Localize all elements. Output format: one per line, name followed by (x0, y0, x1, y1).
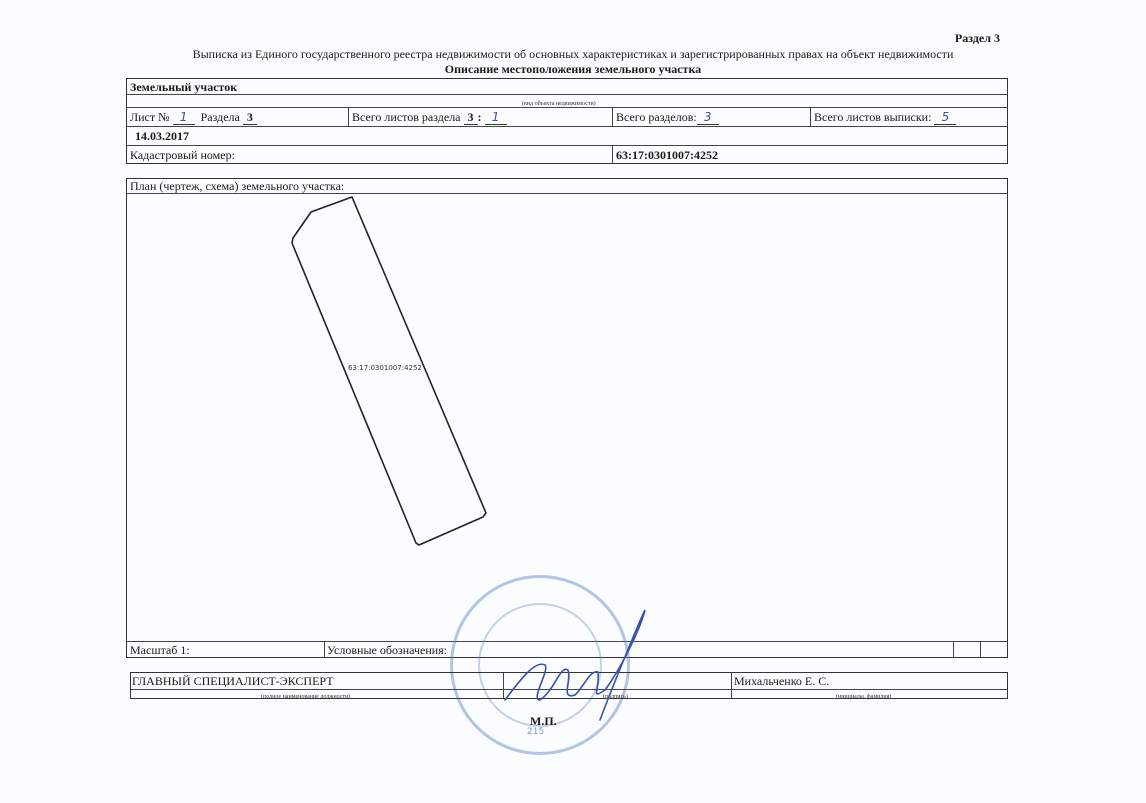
signature-scribble (0, 0, 1146, 803)
seal-label: М.П. (530, 714, 557, 729)
